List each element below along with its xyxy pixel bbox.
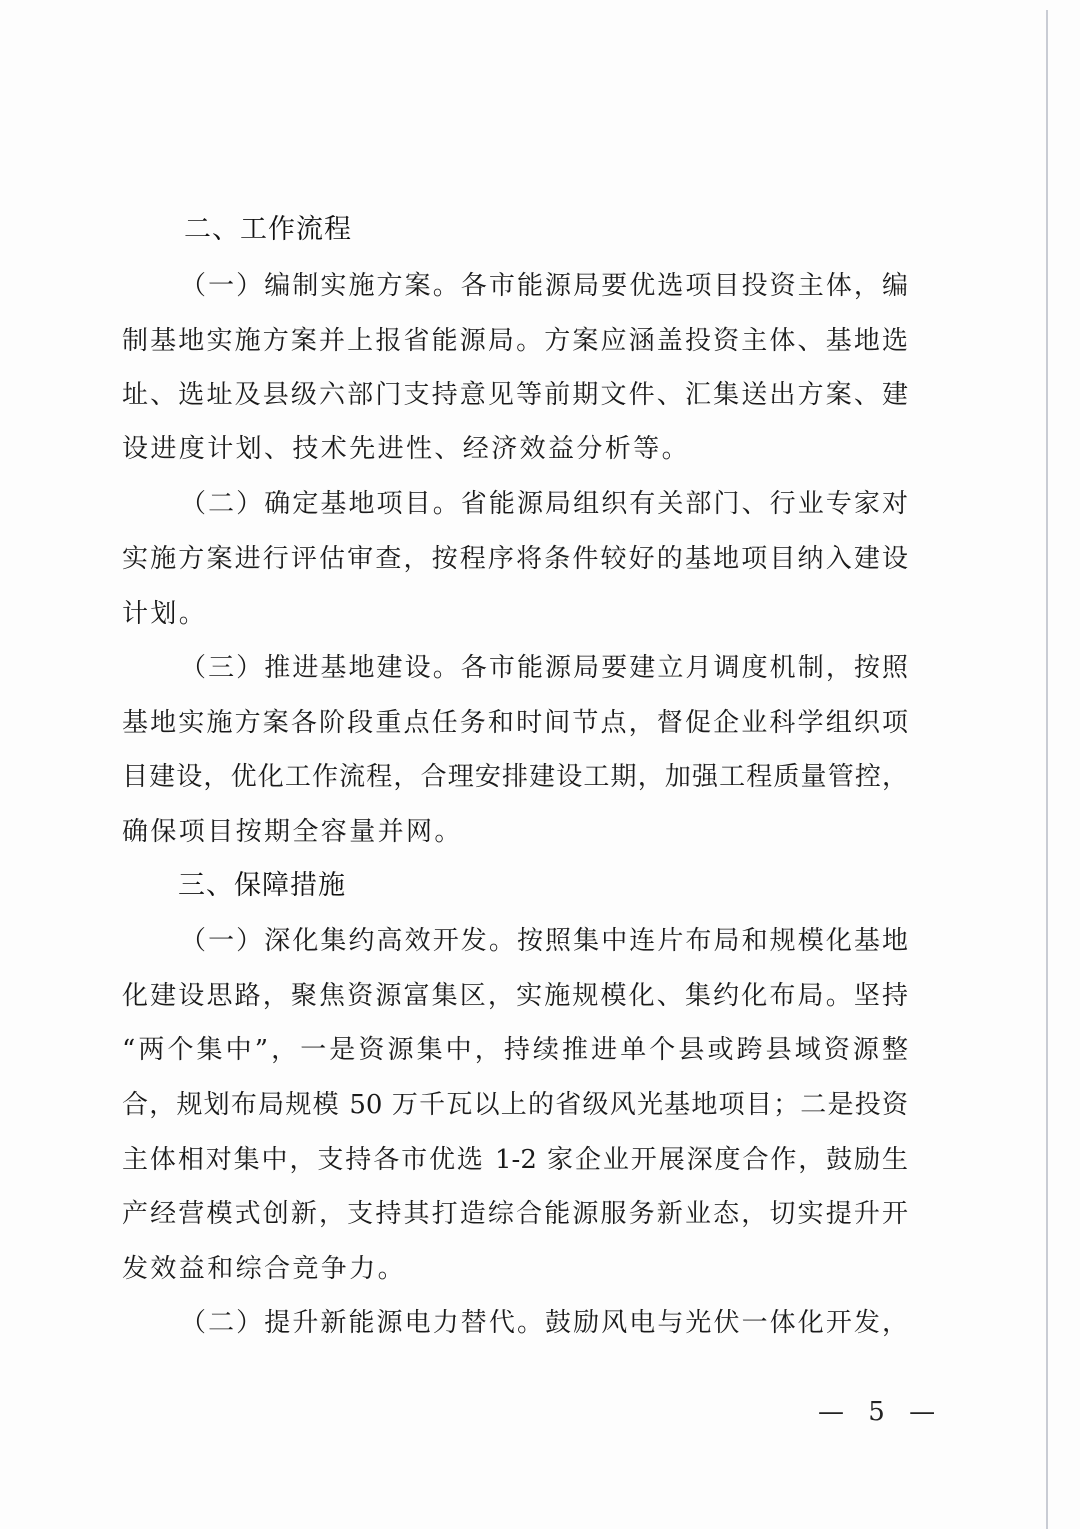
paragraph-line: 制基地实施方案并上报省能源局。方案应涵盖投资主体、基地选 [122, 321, 908, 361]
section-heading-workflow: 二、工作流程 [184, 210, 352, 250]
paragraph-line: 确保项目按期全容量并网。 [122, 812, 908, 852]
document-page: 二、工作流程 （一）编制实施方案。各市能源局要优选项目投资主体，编 制基地实施方… [0, 0, 1080, 1529]
paragraph-line: 化建设思路，聚焦资源富集区，实施规模化、集约化布局。坚持 [122, 976, 908, 1016]
section-heading-safeguards: 三、保障措施 [178, 866, 346, 906]
paragraph-line: 产经营模式创新，支持其打造综合能源服务新业态，切实提升开 [122, 1194, 908, 1234]
paragraph-line: （一）编制实施方案。各市能源局要优选项目投资主体，编 [180, 266, 908, 306]
paragraph-line: 发效益和综合竞争力。 [122, 1249, 908, 1289]
paragraph-line: （二）提升新能源电力替代。鼓励风电与光伏一体化开发， [180, 1303, 908, 1343]
paragraph-line: 计划。 [122, 594, 908, 634]
paragraph-line: 主体相对集中，支持各市优选 1-2 家企业开展深度合作，鼓励生 [122, 1140, 908, 1180]
paragraph-line: “两个集中”，一是资源集中，持续推进单个县或跨县域资源整 [122, 1030, 908, 1070]
paragraph-line: （一）深化集约高效开发。按照集中连片布局和规模化基地 [180, 921, 908, 961]
paragraph-line: 址、选址及县级六部门支持意见等前期文件、汇集送出方案、建 [122, 375, 908, 415]
paragraph-line: 合，规划布局规模 50 万千瓦以上的省级风光基地项目；二是投资 [122, 1085, 908, 1125]
paragraph-line: 目建设，优化工作流程，合理安排建设工期，加强工程质量管控， [122, 757, 908, 797]
paragraph-line: （二）确定基地项目。省能源局组织有关部门、行业专家对 [180, 484, 908, 524]
paragraph-line: （三）推进基地建设。各市能源局要建立月调度机制，按照 [180, 648, 908, 688]
page-number: — 5 — [818, 1395, 943, 1429]
paragraph-line: 设进度计划、技术先进性、经济效益分析等。 [122, 429, 908, 469]
paragraph-line: 实施方案进行评估审查，按程序将条件较好的基地项目纳入建设 [122, 539, 908, 579]
paragraph-line: 基地实施方案各阶段重点任务和时间节点，督促企业科学组织项 [122, 703, 908, 743]
page-edge-divider [1046, 10, 1048, 1529]
